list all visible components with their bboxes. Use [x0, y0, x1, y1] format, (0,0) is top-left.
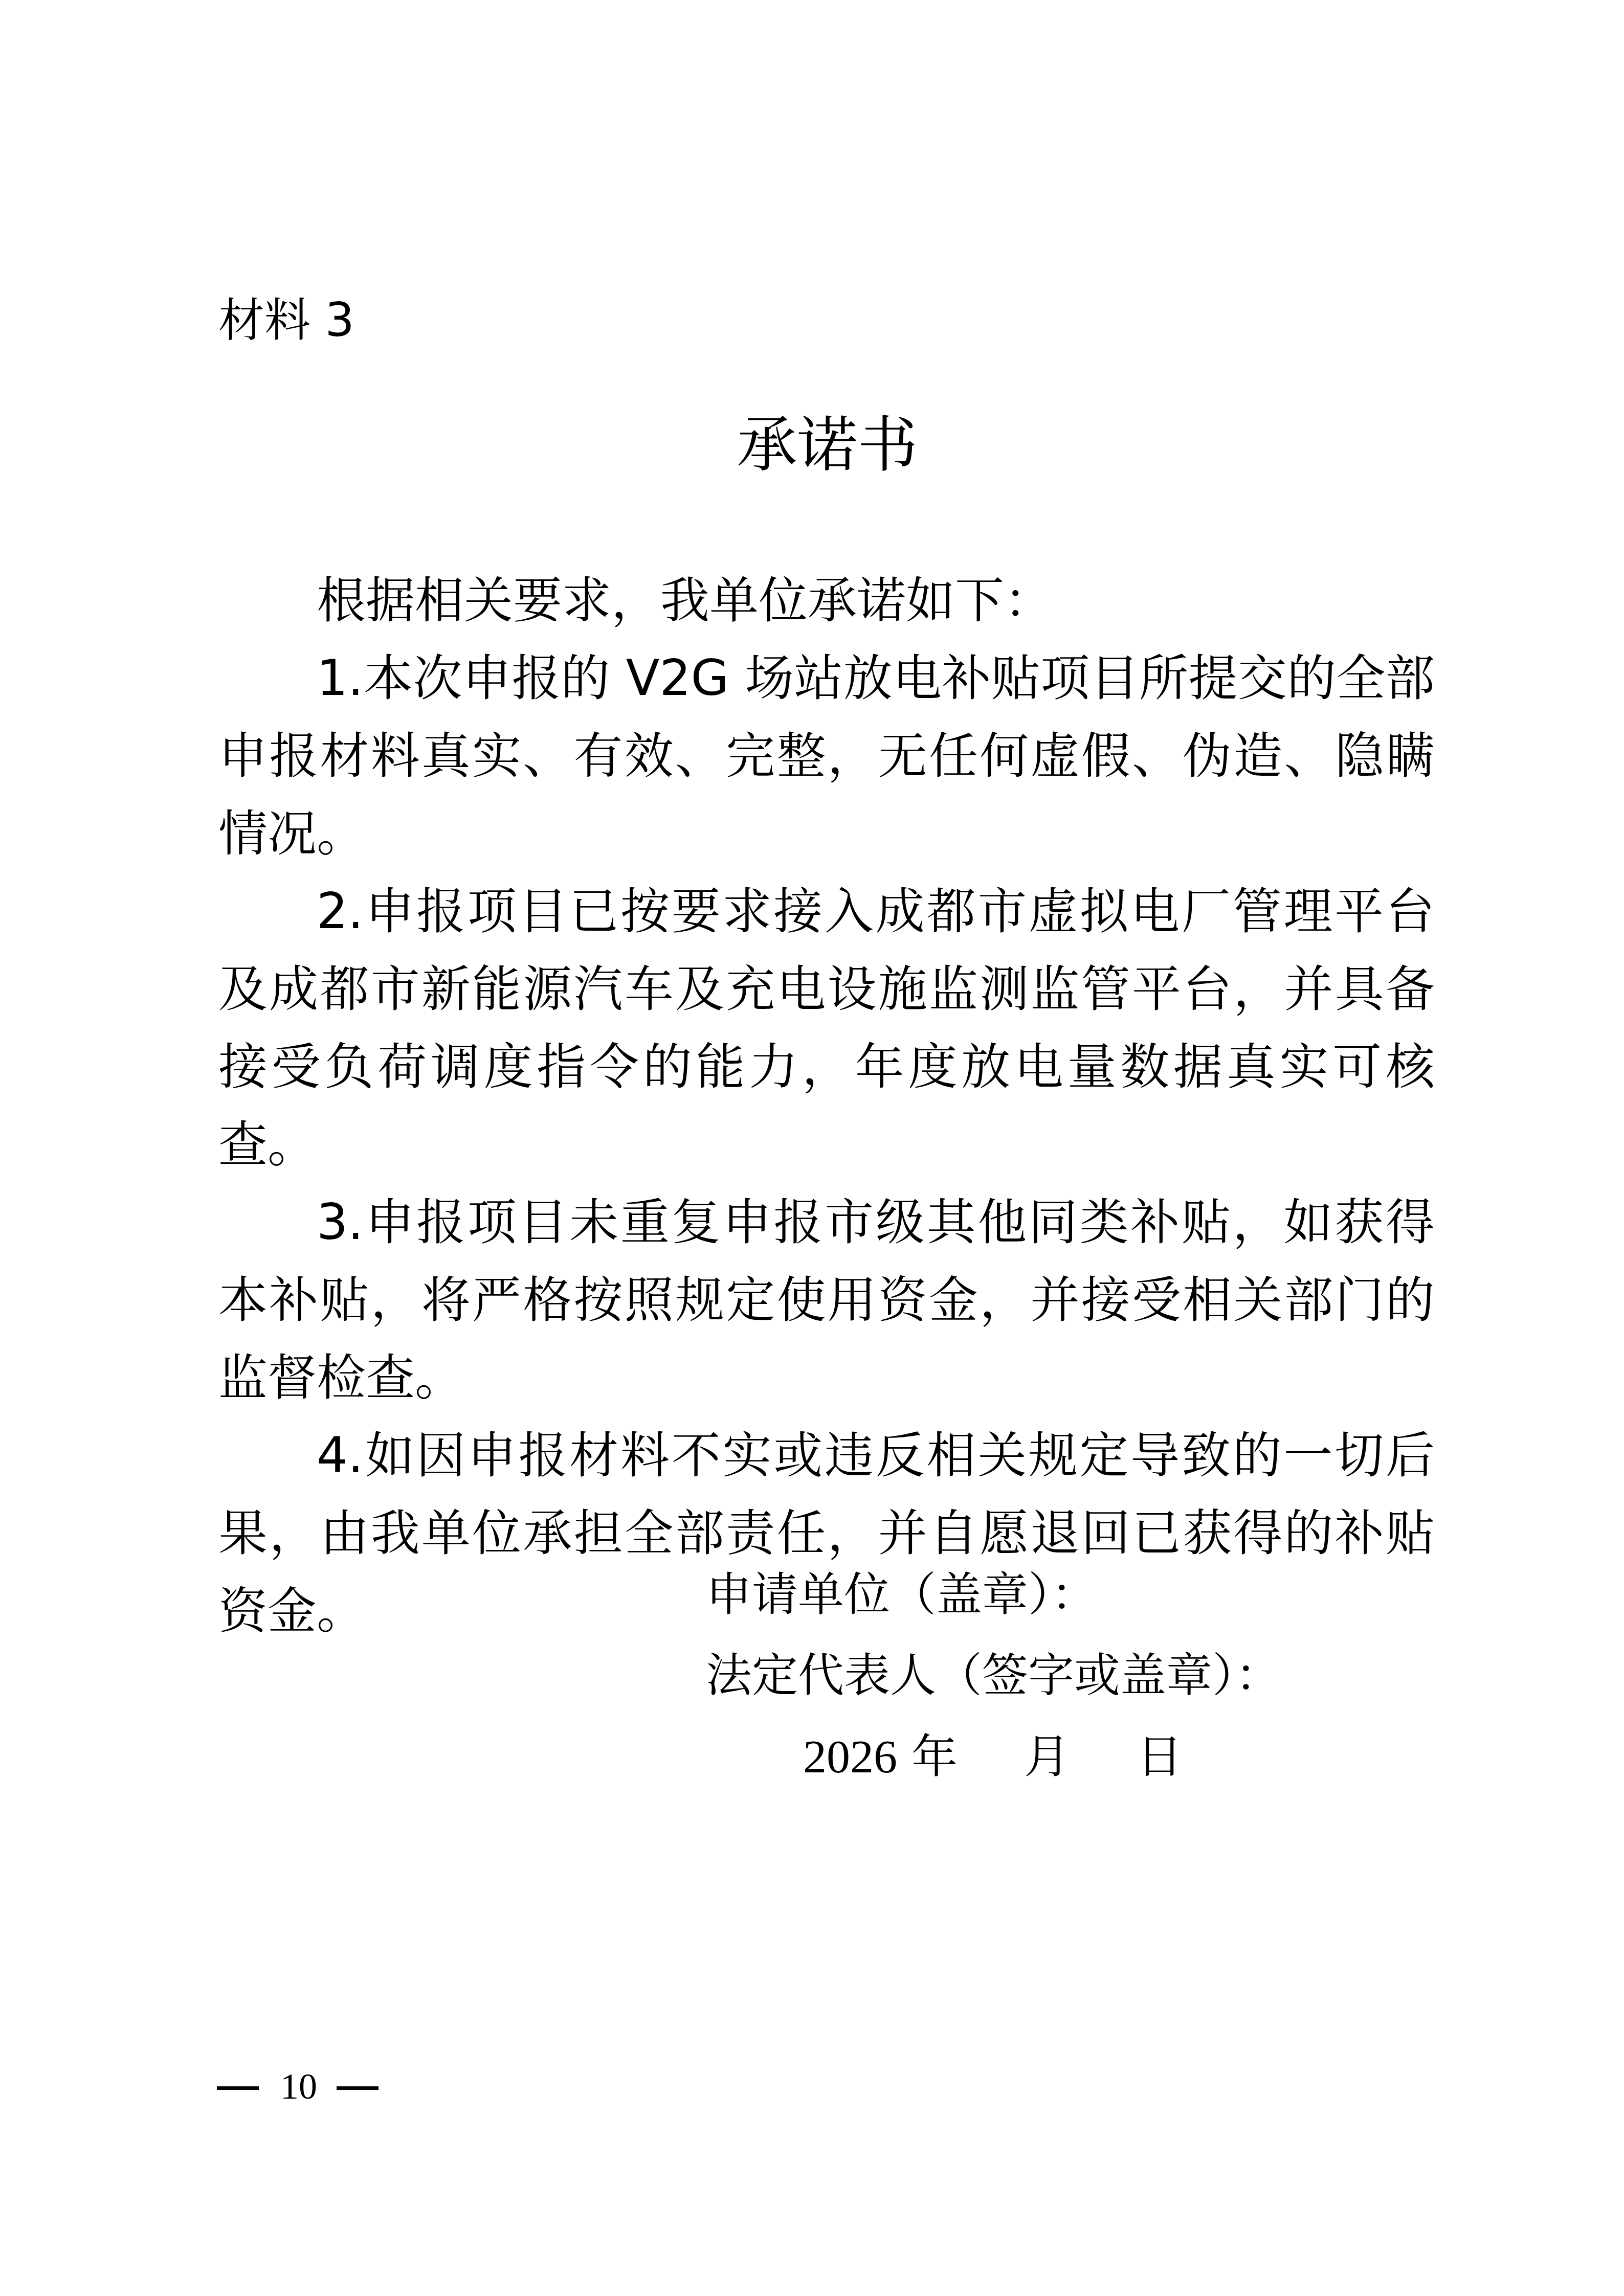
date-day-unit: 日 [1137, 1730, 1183, 1784]
intro-paragraph: 根据相关要求，我单位承诺如下： [218, 561, 1435, 639]
signature-date: 2026年月日 [706, 1716, 1281, 1797]
page-number: 10 [280, 2061, 317, 2112]
date-year-unit: 年 [911, 1730, 958, 1784]
document-page: 材料 3 承诺书 根据相关要求，我单位承诺如下： 1.本次申报的 V2G 场站放… [0, 0, 1624, 2296]
applicant-seal-label: 申请单位（盖章）： [706, 1555, 1281, 1635]
legal-representative-label: 法定代表人（签字或盖章）： [706, 1635, 1281, 1716]
commitment-item-1: 1.本次申报的 V2G 场站放电补贴项目所提交的全部申报材料真实、有效、完整，无… [218, 639, 1435, 872]
date-year: 2026 [803, 1730, 897, 1783]
document-body: 根据相关要求，我单位承诺如下： 1.本次申报的 V2G 场站放电补贴项目所提交的… [218, 561, 1435, 1650]
commitment-item-2: 2.申报项目已按要求接入成都市虚拟电厂管理平台及成都市新能源汽车及充电设施监测监… [218, 872, 1435, 1183]
attachment-label: 材料 3 [218, 292, 354, 349]
page-footer: 10 [217, 2061, 379, 2112]
left-dash-decoration [217, 2086, 259, 2090]
date-month-unit: 月 [1024, 1730, 1070, 1784]
document-title: 承诺书 [0, 409, 1624, 481]
right-dash-decoration [337, 2086, 379, 2090]
commitment-item-3: 3.申报项目未重复申报市级其他同类补贴，如获得本补贴，将严格按照规定使用资金，并… [218, 1183, 1435, 1416]
signature-block: 申请单位（盖章）： 法定代表人（签字或盖章）： 2026年月日 [706, 1555, 1281, 1797]
